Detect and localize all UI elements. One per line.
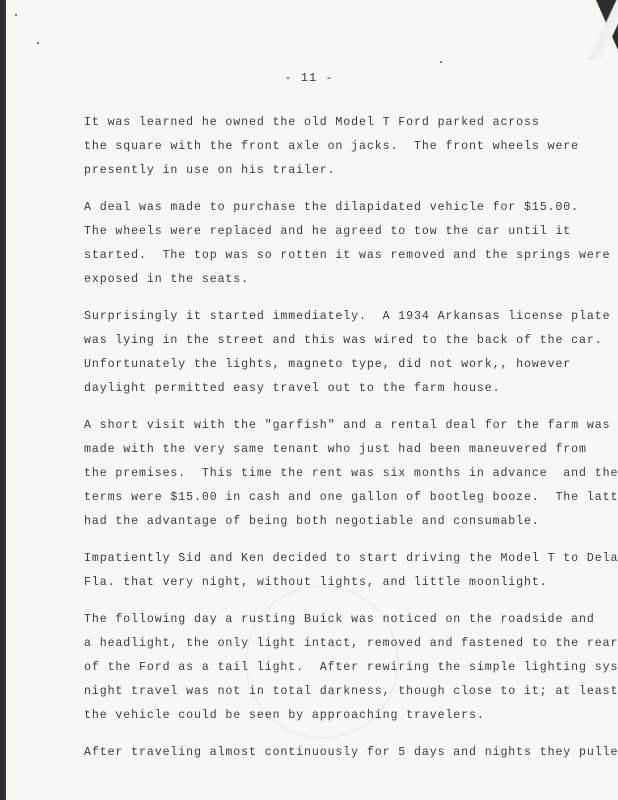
text-line: After traveling almost continuously for … <box>84 741 604 765</box>
text-line: Unfortunately the lights, magneto type, … <box>84 353 604 377</box>
scan-left-edge <box>0 0 6 800</box>
paragraph: Impatiently Sid and Ken decided to start… <box>84 547 604 595</box>
text-line: started. The top was so rotten it was re… <box>84 244 604 268</box>
text-line: The following day a rusting Buick was no… <box>84 608 604 632</box>
text-line: made with the very same tenant who just … <box>84 438 604 462</box>
text-line: a headlight, the only light intact, remo… <box>84 632 604 656</box>
paragraph: It was learned he owned the old Model T … <box>84 111 604 183</box>
text-line: the square with the front axle on jacks.… <box>84 135 604 159</box>
text-line: A deal was made to purchase the dilapida… <box>84 196 604 220</box>
text-line: terms were $15.00 in cash and one gallon… <box>84 486 604 510</box>
page-number-text: - 11 - <box>284 71 333 85</box>
paragraph: Surprisingly it started immediately. A 1… <box>84 305 604 401</box>
text-line: of the Ford as a tail light. After rewir… <box>84 656 604 680</box>
paragraph: A deal was made to purchase the dilapida… <box>84 196 604 292</box>
text-line: the premises. This time the rent was six… <box>84 462 604 486</box>
page-number: - 11 - <box>0 71 618 85</box>
text-line: Fla. that very night, without lights, an… <box>84 571 604 595</box>
scan-speck <box>440 61 442 63</box>
text-line: presently in use on his trailer. <box>84 159 604 183</box>
page-corner-fold <box>588 0 618 60</box>
text-line: A short visit with the "garfish" and a r… <box>84 414 604 438</box>
text-line: the vehicle could be seen by approaching… <box>84 704 604 728</box>
text-line: The wheels were replaced and he agreed t… <box>84 220 604 244</box>
text-line: exposed in the seats. <box>84 268 604 292</box>
text-line: night travel was not in total darkness, … <box>84 680 604 704</box>
text-line: had the advantage of being both negotiab… <box>84 510 604 534</box>
text-line: daylight permitted easy travel out to th… <box>84 377 604 401</box>
paragraph: After traveling almost continuously for … <box>84 741 604 765</box>
text-line: Impatiently Sid and Ken decided to start… <box>84 547 604 571</box>
text-line: was lying in the street and this was wir… <box>84 329 604 353</box>
text-line: It was learned he owned the old Model T … <box>84 111 604 135</box>
scan-speck <box>37 42 39 44</box>
scan-speck <box>15 14 17 16</box>
paragraph: A short visit with the "garfish" and a r… <box>84 414 604 534</box>
paragraph: The following day a rusting Buick was no… <box>84 608 604 728</box>
document-body: It was learned he owned the old Model T … <box>84 111 604 778</box>
text-line: Surprisingly it started immediately. A 1… <box>84 305 604 329</box>
